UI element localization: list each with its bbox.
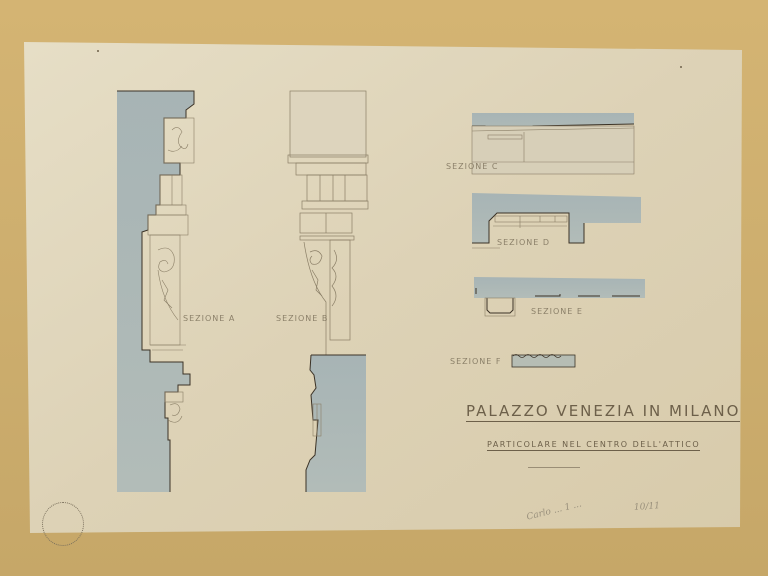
pencil-mark — [680, 66, 682, 68]
section-f-drawing — [512, 355, 575, 368]
archive-stamp-icon — [42, 502, 84, 546]
section-d-label: Sezione D — [497, 238, 550, 247]
section-b-label: Sezione B — [276, 314, 328, 323]
pencil-mark — [97, 50, 99, 52]
section-a-label: Sezione A — [183, 314, 235, 323]
drawing-title: Palazzo Venezia in Milano — [466, 402, 740, 422]
catalog-mark: 10/11 — [634, 501, 661, 513]
section-f-label: Sezione F — [450, 357, 501, 366]
scale-bar — [528, 462, 580, 468]
section-c-label: Sezione C — [446, 162, 498, 171]
drawing-sheet — [0, 0, 768, 576]
section-e-label: Sezione E — [531, 307, 583, 316]
drawing-subtitle: Particolare nel centro dell'Attico — [487, 440, 700, 451]
